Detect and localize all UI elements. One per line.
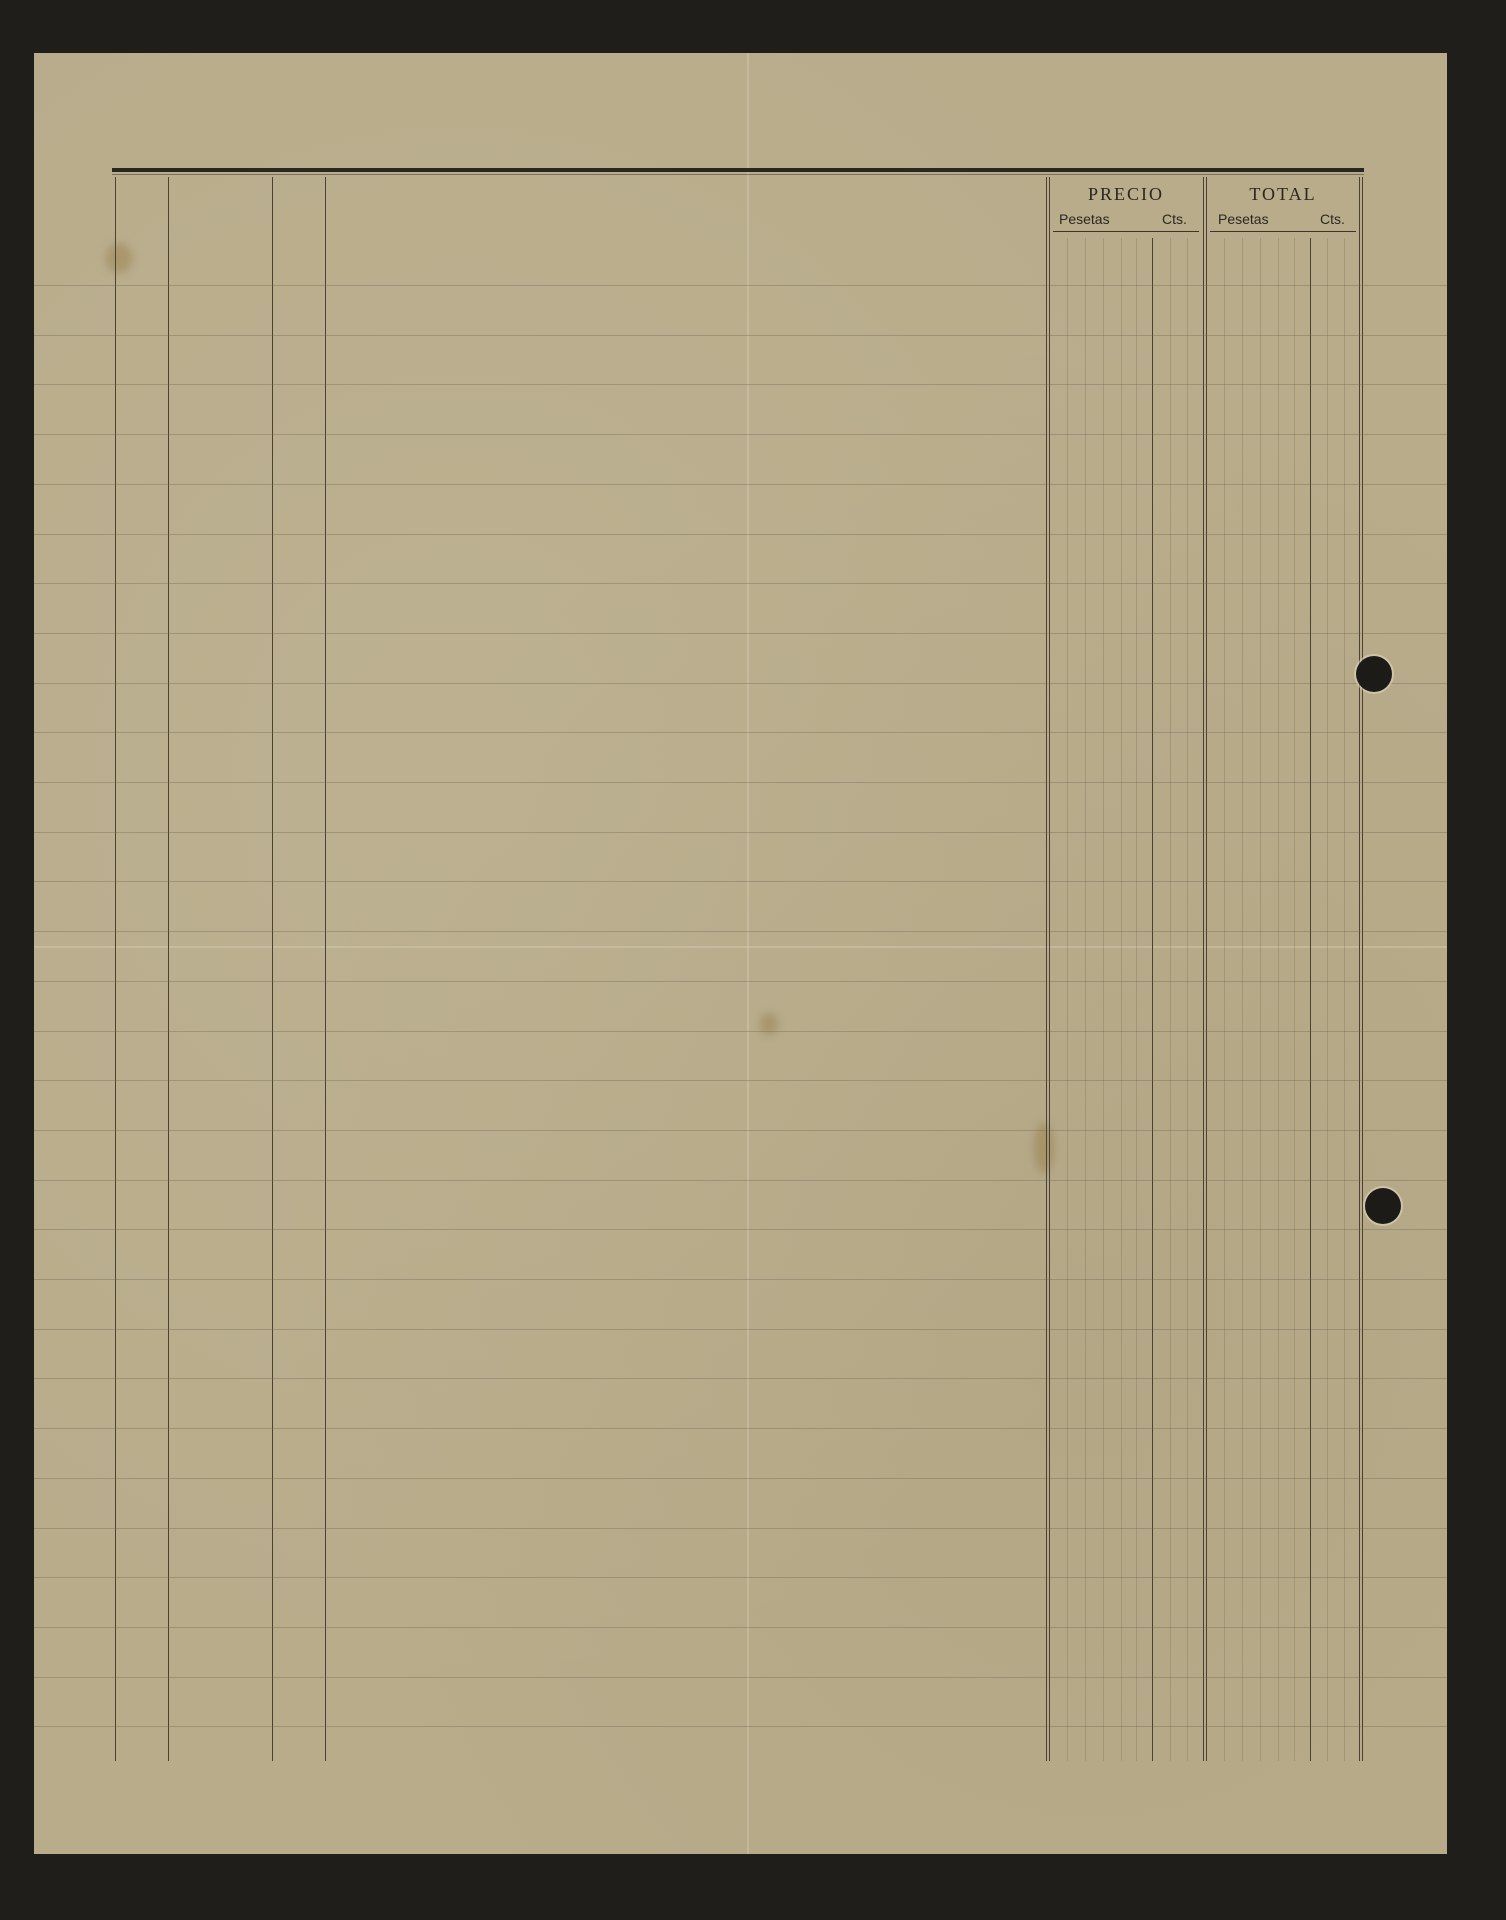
column-line-1 bbox=[115, 177, 116, 1761]
top-thick-rule bbox=[112, 168, 1364, 172]
row-rule bbox=[34, 484, 1447, 485]
precio-cts-divider bbox=[1152, 238, 1153, 1761]
digit-guide bbox=[1260, 238, 1261, 1761]
row-rule bbox=[34, 1378, 1447, 1379]
row-rule bbox=[34, 1677, 1447, 1678]
digit-guide bbox=[1121, 238, 1122, 1761]
row-rule bbox=[34, 832, 1447, 833]
row-rule bbox=[34, 1279, 1447, 1280]
row-rule bbox=[34, 633, 1447, 634]
row-rule bbox=[34, 1031, 1447, 1032]
digit-guide bbox=[1224, 238, 1225, 1761]
row-rule bbox=[34, 1528, 1447, 1529]
precio-header-underline bbox=[1053, 231, 1199, 232]
digit-guide bbox=[1170, 238, 1171, 1761]
digit-guide bbox=[1085, 238, 1086, 1761]
column-line-4 bbox=[325, 177, 326, 1761]
digit-guide bbox=[1344, 238, 1345, 1761]
row-rule bbox=[34, 1329, 1447, 1330]
total-header-underline bbox=[1210, 231, 1356, 232]
row-rule bbox=[34, 434, 1447, 435]
row-rule bbox=[34, 583, 1447, 584]
precio-left-line-b bbox=[1049, 177, 1050, 1761]
row-rule bbox=[34, 1428, 1447, 1429]
total-cts-label: Cts. bbox=[1320, 211, 1345, 227]
stain bbox=[106, 243, 132, 273]
punch-hole-lower bbox=[1365, 1188, 1401, 1224]
digit-guide bbox=[1242, 238, 1243, 1761]
precio-left-line-a bbox=[1046, 177, 1047, 1761]
total-left-line-a bbox=[1203, 177, 1204, 1761]
vertical-fold-crease bbox=[747, 53, 749, 1854]
total-header: TOTAL bbox=[1207, 184, 1359, 205]
precio-header: PRECIO bbox=[1050, 184, 1202, 205]
row-rule bbox=[34, 683, 1447, 684]
horizontal-fold-crease bbox=[34, 946, 1447, 948]
row-rule bbox=[34, 1180, 1447, 1181]
row-rule bbox=[34, 335, 1447, 336]
row-rule bbox=[34, 1229, 1447, 1230]
total-left-line-b bbox=[1206, 177, 1207, 1761]
row-rule bbox=[34, 1478, 1447, 1479]
row-rule bbox=[34, 931, 1447, 932]
row-rule bbox=[34, 1130, 1447, 1131]
punch-hole-upper bbox=[1356, 656, 1392, 692]
digit-guide bbox=[1136, 238, 1137, 1761]
row-rule bbox=[34, 534, 1447, 535]
top-thin-rule bbox=[112, 174, 1364, 175]
digit-guide bbox=[1327, 238, 1328, 1761]
invoice-sheet: PRECIO Pesetas Cts. TOTAL Pesetas Cts. bbox=[34, 53, 1447, 1854]
precio-pesetas-label: Pesetas bbox=[1059, 211, 1110, 227]
row-rule bbox=[34, 285, 1447, 286]
row-rule bbox=[34, 1726, 1447, 1727]
column-line-2 bbox=[168, 177, 169, 1761]
digit-guide bbox=[1187, 238, 1188, 1761]
column-line-3 bbox=[272, 177, 273, 1761]
total-right-line-a bbox=[1359, 177, 1360, 1761]
total-cts-divider bbox=[1310, 238, 1311, 1761]
row-rule bbox=[34, 1627, 1447, 1628]
precio-cts-label: Cts. bbox=[1162, 211, 1187, 227]
row-rule bbox=[34, 384, 1447, 385]
row-rule bbox=[34, 1080, 1447, 1081]
digit-guide bbox=[1067, 238, 1068, 1761]
row-rule bbox=[34, 732, 1447, 733]
total-right-line-b bbox=[1362, 177, 1363, 1761]
row-rule bbox=[34, 782, 1447, 783]
row-rule bbox=[34, 1577, 1447, 1578]
digit-guide bbox=[1278, 238, 1279, 1761]
row-rule bbox=[34, 881, 1447, 882]
total-pesetas-label: Pesetas bbox=[1218, 211, 1269, 227]
digit-guide bbox=[1103, 238, 1104, 1761]
row-rule bbox=[34, 981, 1447, 982]
digit-guide bbox=[1294, 238, 1295, 1761]
